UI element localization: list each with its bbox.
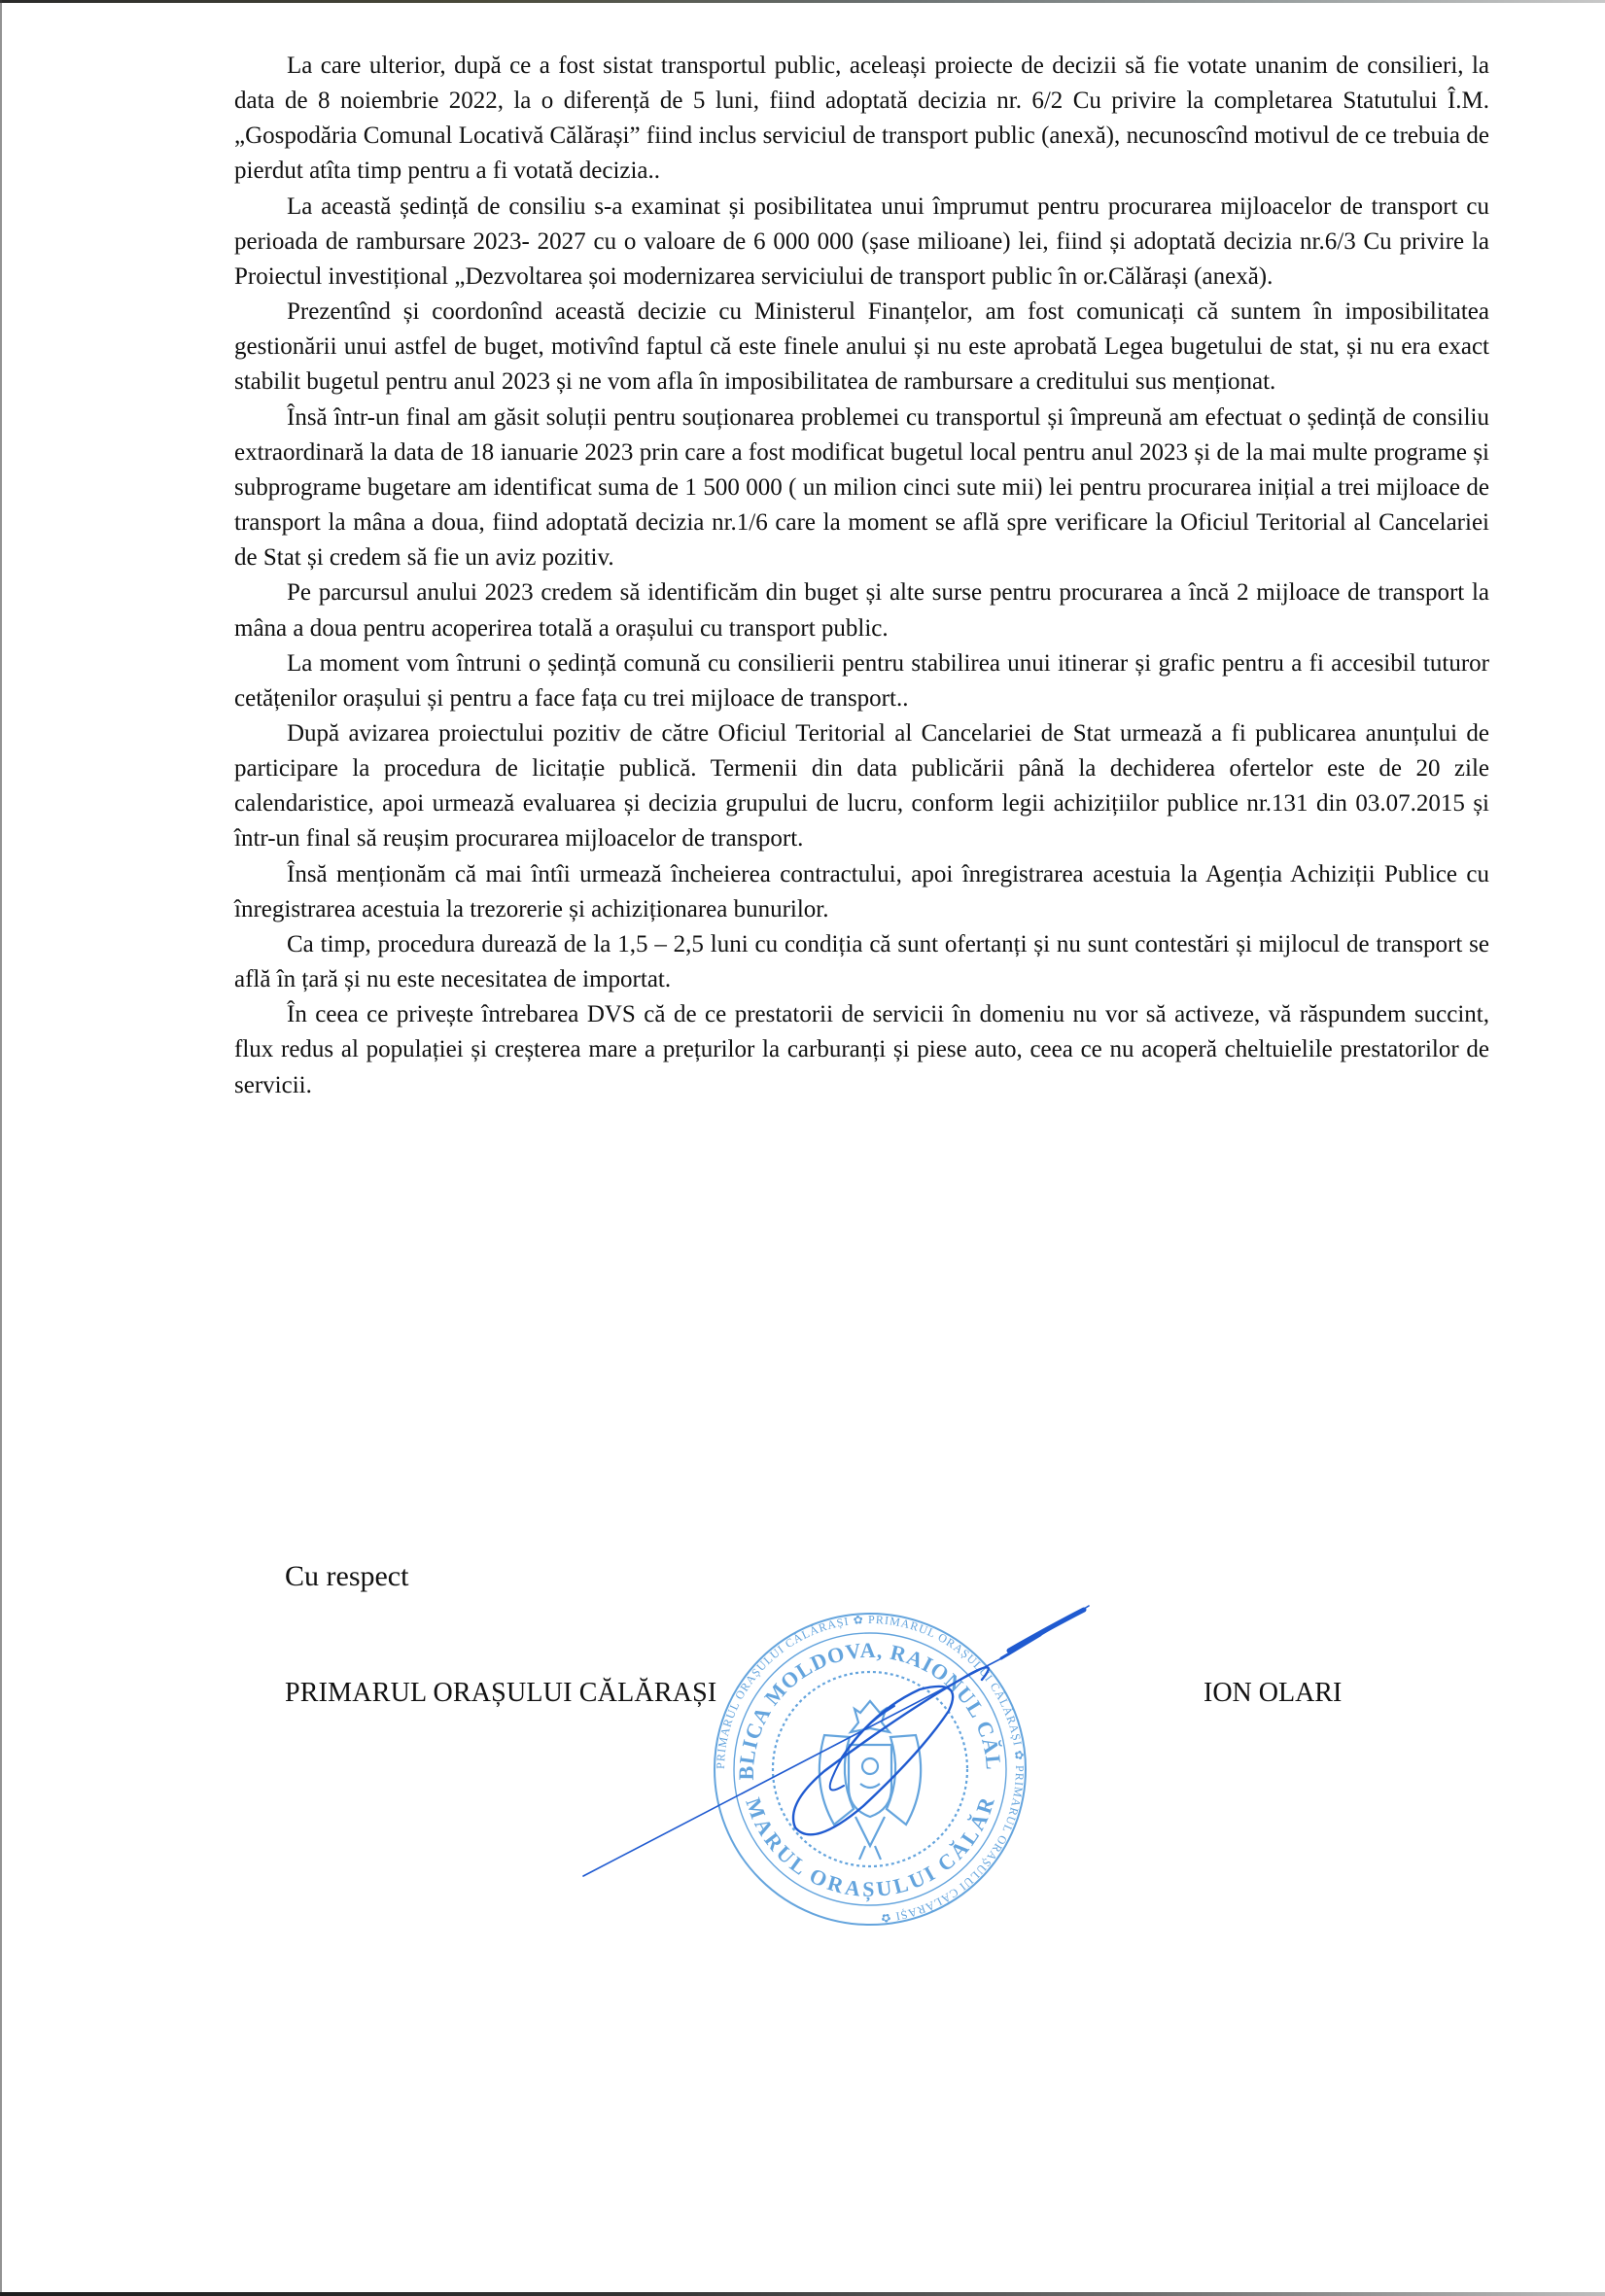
handwritten-signature: [574, 1594, 1099, 1886]
letter-body: La care ulterior, după ce a fost sistat …: [234, 49, 1489, 1103]
paragraph: Însă într-un final am găsit soluții pent…: [234, 400, 1489, 576]
paragraph: În ceea ce privește întrebarea DVS că de…: [234, 997, 1489, 1102]
closing-salutation: Cu respect: [285, 1560, 408, 1593]
paragraph: Pe parcursul anului 2023 credem să ident…: [234, 575, 1489, 645]
scan-edge-left: [0, 0, 2, 2296]
scan-edge-top: [0, 0, 1605, 3]
paragraph: Însă menționăm că mai întîi urmează înch…: [234, 857, 1489, 927]
paragraph: Prezentînd și coordonînd această decizie…: [234, 295, 1489, 400]
paragraph: După avizarea proiectului pozitiv de căt…: [234, 716, 1489, 857]
paragraph: La această ședință de consiliu s-a exami…: [234, 190, 1489, 295]
scan-edge-bottom: [0, 2292, 1605, 2296]
paragraph: La moment vom întruni o ședință comună c…: [234, 646, 1489, 716]
signer-name: ION OLARI: [1204, 1678, 1342, 1709]
paragraph: La care ulterior, după ce a fost sistat …: [234, 49, 1489, 190]
paragraph: Ca timp, procedura durează de la 1,5 – 2…: [234, 927, 1489, 997]
